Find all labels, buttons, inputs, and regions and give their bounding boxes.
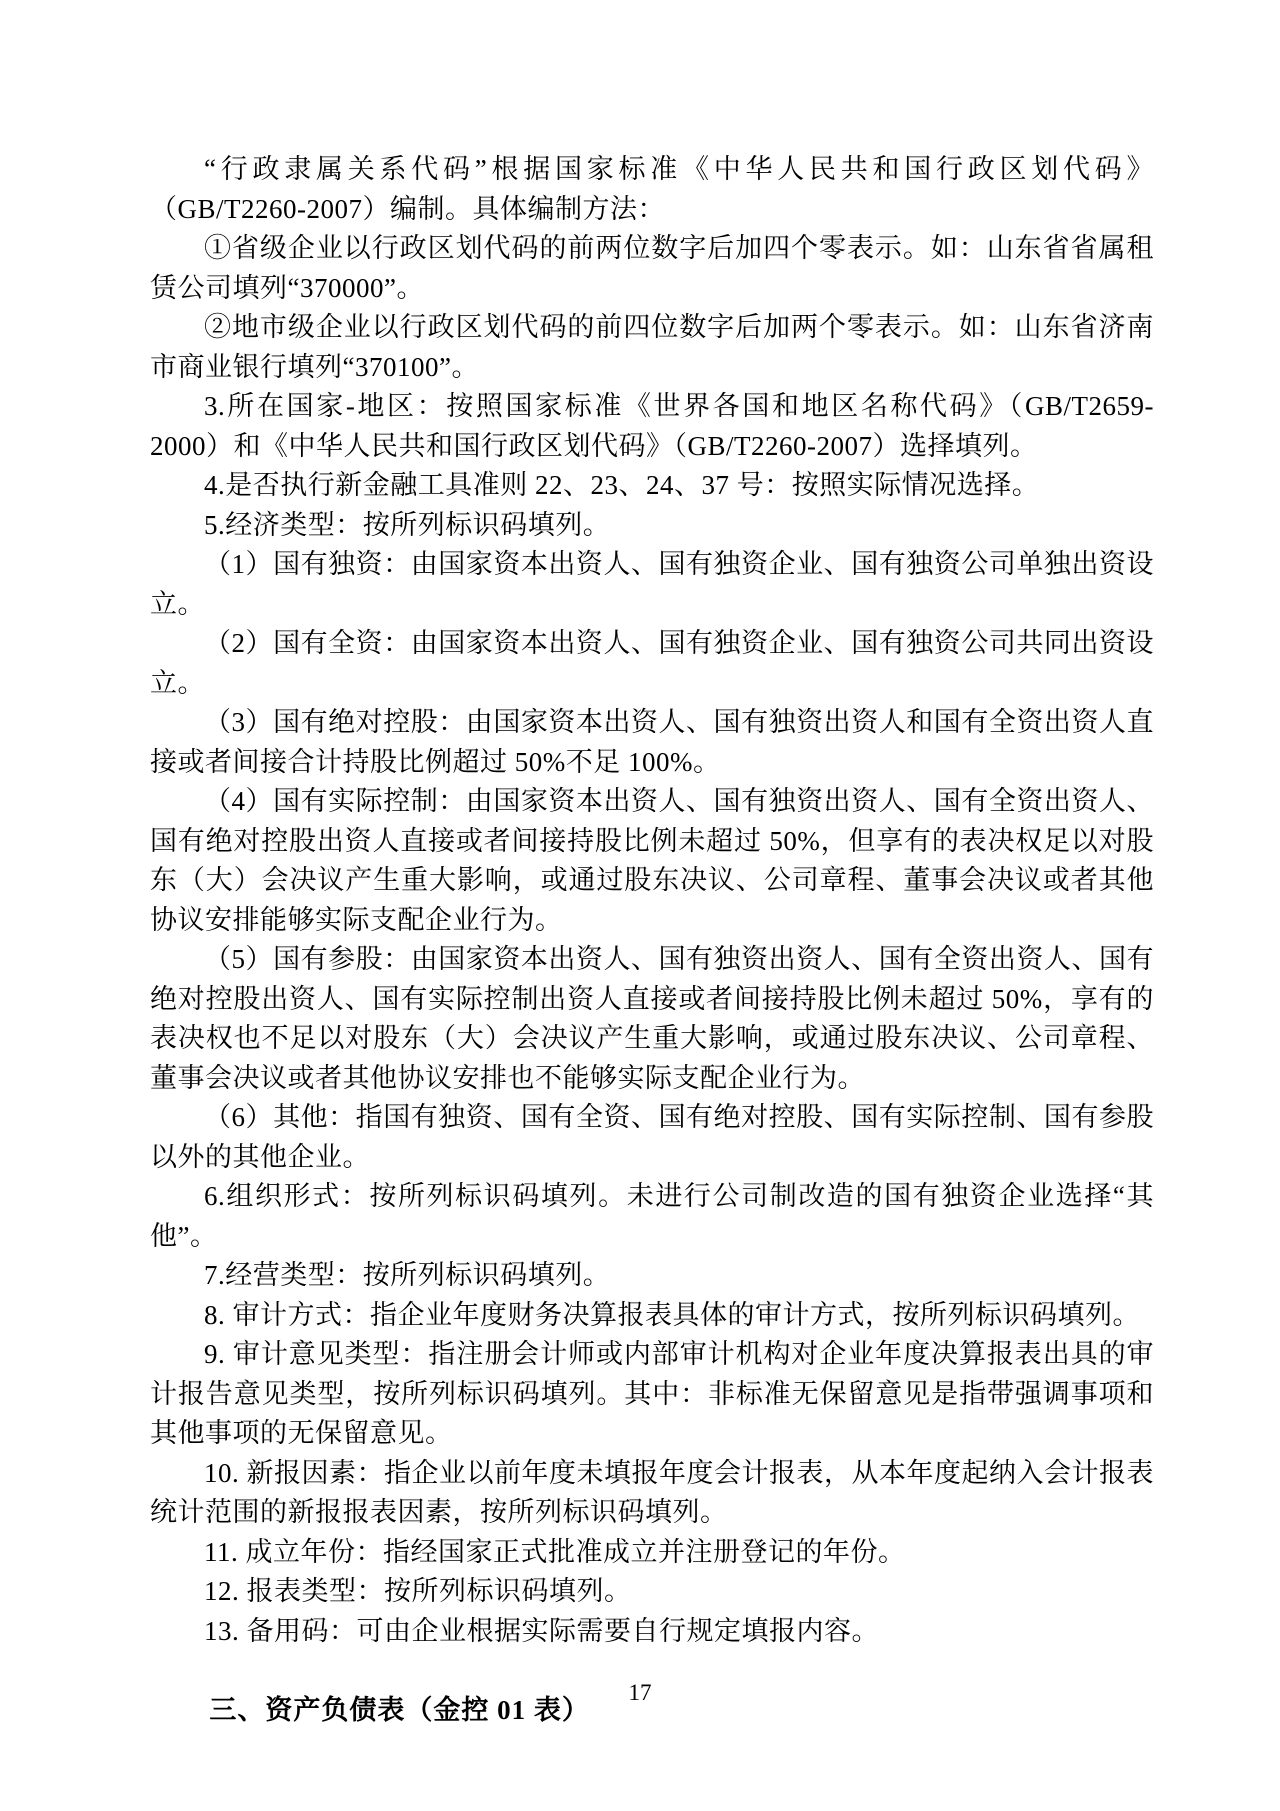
paragraph: 3.所在国家-地区：按照国家标准《世界各国和地区名称代码》（GB/T2659-2… <box>150 387 1154 466</box>
paragraph: 13. 备用码：可由企业根据实际需要自行规定填报内容。 <box>150 1612 1154 1652</box>
paragraph: （5）国有参股：由国家资本出资人、国有独资出资人、国有全资出资人、国有绝对控股出… <box>150 940 1154 1098</box>
paragraph: 9. 审计意见类型：指注册会计师或内部审计机构对企业年度决算报表出具的审计报告意… <box>150 1335 1154 1454</box>
paragraph: 11. 成立年份：指经国家正式批准成立并注册登记的年份。 <box>150 1533 1154 1573</box>
paragraph: （1）国有独资：由国家资本出资人、国有独资企业、国有独资公司单独出资设立。 <box>150 545 1154 624</box>
paragraph: 12. 报表类型：按所列标识码填列。 <box>150 1572 1154 1612</box>
paragraph: 5.经济类型：按所列标识码填列。 <box>150 506 1154 546</box>
page-number: 17 <box>0 1680 1280 1706</box>
paragraph: （2）国有全资：由国家资本出资人、国有独资企业、国有独资公司共同出资设立。 <box>150 624 1154 703</box>
paragraph: 6.组织形式：按所列标识码填列。未进行公司制改造的国有独资企业选择“其他”。 <box>150 1177 1154 1256</box>
document-page: “行政隶属关系代码”根据国家标准《中华人民共和国行政区划代码》（GB/T2260… <box>0 0 1280 1811</box>
document-body: “行政隶属关系代码”根据国家标准《中华人民共和国行政区划代码》（GB/T2260… <box>150 150 1154 1731</box>
paragraph: “行政隶属关系代码”根据国家标准《中华人民共和国行政区划代码》（GB/T2260… <box>150 150 1154 229</box>
paragraph: ①省级企业以行政区划代码的前两位数字后加四个零表示。如：山东省省属租赁公司填列“… <box>150 229 1154 308</box>
paragraph: （3）国有绝对控股：由国家资本出资人、国有独资出资人和国有全资出资人直接或者间接… <box>150 703 1154 782</box>
paragraph: 4.是否执行新金融工具准则 22、23、24、37 号：按照实际情况选择。 <box>150 466 1154 506</box>
paragraph: （4）国有实际控制：由国家资本出资人、国有独资出资人、国有全资出资人、国有绝对控… <box>150 782 1154 940</box>
paragraph: 10. 新报因素：指企业以前年度未填报年度会计报表，从本年度起纳入会计报表统计范… <box>150 1454 1154 1533</box>
paragraph: 7.经营类型：按所列标识码填列。 <box>150 1256 1154 1296</box>
paragraph: ②地市级企业以行政区划代码的前四位数字后加两个零表示。如：山东省济南市商业银行填… <box>150 308 1154 387</box>
paragraph: （6）其他：指国有独资、国有全资、国有绝对控股、国有实际控制、国有参股以外的其他… <box>150 1098 1154 1177</box>
paragraph: 8. 审计方式：指企业年度财务决算报表具体的审计方式，按所列标识码填列。 <box>150 1296 1154 1336</box>
